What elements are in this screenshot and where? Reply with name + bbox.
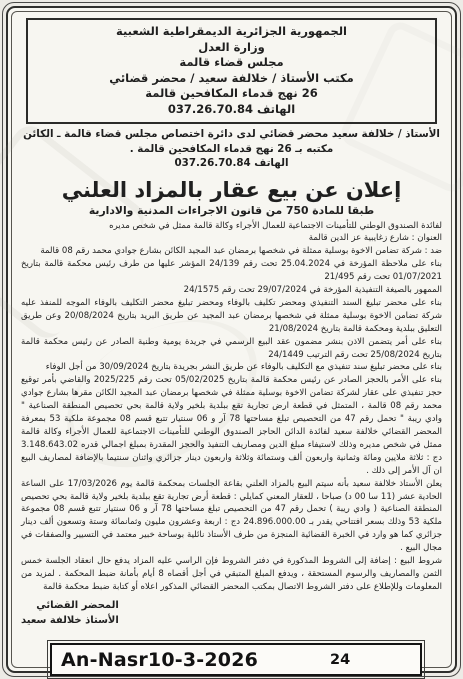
body-paragraph-notification: بناء على محضر تبليغ السند التنفيذي ومحضر… <box>21 297 442 336</box>
body-paragraph-claim: بناء على ملاحظة المؤرخة في 25.04.2024 تح… <box>21 258 442 284</box>
body-paragraph-sale-conditions: شروط البيع : إضافة إلى الشروط المذكورة ف… <box>21 555 442 594</box>
letterhead-address-line: 26 نهج قدماء المكافحين قالمة <box>30 86 433 102</box>
signature-name: الأستاذ خلالفة سعيد <box>21 613 119 628</box>
body-paragraph-address: العنوان : شارع زغايبية عز الدين قالمة <box>21 232 442 245</box>
body-paragraph-beneficiary: لفائدة الصندوق الوطني للتأمينات الاجتماع… <box>21 220 442 233</box>
body-paragraph-defendant: ضد : شركة تضامن الاخوة بوسلية ممثلة في ش… <box>21 245 442 258</box>
letterhead-office-line: مكتب الأستاذ / خلالفة سعيد / محضر قضائي <box>30 71 433 87</box>
document-content: الجمهورية الجزائرية الديمقراطية الشعبية … <box>13 13 450 666</box>
newspaper-source-label: An-Nasr10-3-2026 <box>52 649 258 671</box>
body-paragraph-press-notification: بناء على محضر تبليغ سند تنفيذي مع التكلي… <box>21 361 442 374</box>
signature-block: المحضر القضائي الأستاذ خلالفة سعيد <box>21 598 123 628</box>
bailiff-office-block: الأستاذ / خلالفة سعيد محضر قضائي لدى دائ… <box>21 127 442 171</box>
newspaper-footer-box: An-Nasr10-3-2026 24 <box>50 643 422 676</box>
body-paragraph-publication-order: بناء على أمر يتضمن الاذن بنشر مضمون عقد … <box>21 336 442 362</box>
letterhead-ministry-line: وزارة العدل <box>30 40 433 56</box>
notice-body: لفائدة الصندوق الوطني للتأمينات الاجتماع… <box>21 220 442 594</box>
bailiff-phone-line: الهاتف 037.26.70.84 <box>21 156 442 171</box>
legal-basis-subtitle: طبقا للمادة 750 من قانون الاجراءات المدن… <box>21 204 442 217</box>
letterhead-council-line: مجلس قضاء قالمة <box>30 55 433 71</box>
page-number: 24 <box>330 652 350 668</box>
letterhead-phone-line: الهاتف 037.26.70.84 <box>30 102 433 118</box>
bailiff-jurisdiction-line: الأستاذ / خلالفة سعيد محضر قضائي لدى دائ… <box>21 127 442 142</box>
body-paragraph-auction-announcement: يعلن الأستاذ خلالفة سعيد بأنه سيتم البيع… <box>21 478 442 555</box>
page-title: إعلان عن بيع عقار بالمزاد العلني <box>21 178 442 202</box>
bailiff-address-line: مكتبه بـ 26 نهج قدماء المكافحين قالمة . <box>21 142 442 157</box>
letterhead-box: الجمهورية الجزائرية الديمقراطية الشعبية … <box>26 18 437 124</box>
signature-role: المحضر القضائي <box>21 598 119 613</box>
scanned-legal-notice-page: الجمهورية الجزائرية الديمقراطية الشعبية … <box>0 0 463 679</box>
body-paragraph-seizure-and-property: بناء على الأمر بالحجز الصادر عن رئيس محك… <box>21 374 442 477</box>
body-paragraph-executory-formula: الممهور بالصيغة التنفيذية المؤرخة في 29/… <box>21 284 442 297</box>
letterhead-republic-line: الجمهورية الجزائرية الديمقراطية الشعبية <box>30 24 433 40</box>
